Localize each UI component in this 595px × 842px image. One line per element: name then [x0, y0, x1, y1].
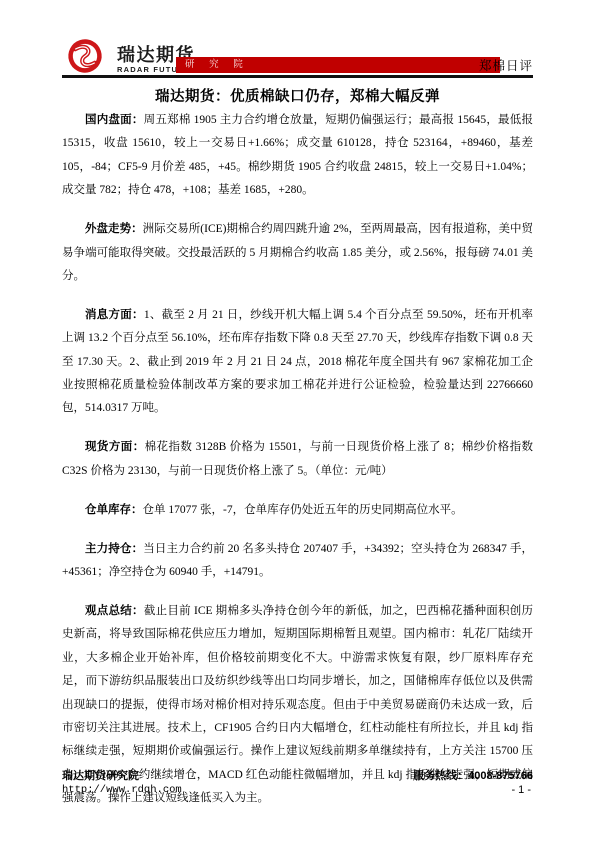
paragraph-main-positions: 主力持仓：当日主力合约前 20 名多头持仓 207407 手，+34392；空头… [62, 538, 533, 585]
paragraph-label: 外盘走势： [85, 223, 143, 235]
paragraph-label: 消息方面： [85, 309, 144, 321]
radar-futures-logo-icon [67, 38, 103, 74]
paragraph-spot-market: 现货方面：棉花指数 3128B 价格为 15501，与前一日现货价格上涨了 8；… [62, 436, 533, 483]
paragraph-label: 国内盘面： [85, 114, 144, 126]
research-institute-label: 研 究 院 [176, 57, 500, 73]
footer-left: 瑞达期货研究院 http://www.rdqh.com [62, 769, 182, 797]
paragraph-domestic-market: 国内盘面：周五郑棉 1905 主力合约增仓放量，短期仍偏强运行；最高报 1564… [62, 109, 533, 203]
report-footer: 瑞达期货研究院 http://www.rdqh.com 服务热线：4008-87… [62, 769, 533, 797]
paragraph-news: 消息方面：1、截至 2 月 21 日，纱线开机大幅上调 5.4 个百分点至 59… [62, 304, 533, 421]
footer-org: 瑞达期货研究院 [62, 769, 182, 783]
report-type-label: 郑棉日评 [479, 56, 533, 74]
footer-right: 服务热线：4008-875766 - 1 - [413, 769, 533, 797]
footer-url-link[interactable]: http://www.rdqh.com [62, 783, 182, 797]
paragraph-text: 1、截至 2 月 21 日，纱线开机大幅上调 5.4 个百分点至 59.50%，… [62, 309, 533, 415]
report-page: 瑞达期货 RADAR FUTURES 研 究 院 郑棉日评 瑞达期货：优质棉缺口… [0, 0, 595, 842]
paragraph-text: 仓单 17077 张，-7，仓单库存仍处近五年的历史同期高位水平。 [143, 504, 463, 516]
paragraph-label: 现货方面： [85, 441, 145, 453]
paragraph-label: 仓单库存： [85, 504, 143, 516]
footer-hotline: 服务热线：4008-875766 [413, 769, 533, 783]
report-header: 瑞达期货 RADAR FUTURES 研 究 院 郑棉日评 [62, 30, 533, 78]
page-number: - 1 - [413, 783, 533, 797]
paragraph-overseas-trend: 外盘走势：洲际交易所(ICE)期棉合约周四跳升逾 2%，至两周最高，因有报道称，… [62, 218, 533, 288]
paragraph-label: 观点总结： [85, 605, 144, 617]
report-title: 瑞达期货：优质棉缺口仍存，郑棉大幅反弹 [62, 85, 533, 106]
report-body: 国内盘面：周五郑棉 1905 主力合约增仓放量，短期仍偏强运行；最高报 1564… [62, 109, 533, 826]
paragraph-text: 周五郑棉 1905 主力合约增仓放量，短期仍偏强运行；最高报 15645，最低报… [62, 114, 533, 196]
research-institute-banner: 研 究 院 [176, 57, 500, 73]
paragraph-warehouse-receipts: 仓单库存：仓单 17077 张，-7，仓单库存仍处近五年的历史同期高位水平。 [62, 499, 533, 522]
paragraph-label: 主力持仓： [85, 543, 143, 555]
